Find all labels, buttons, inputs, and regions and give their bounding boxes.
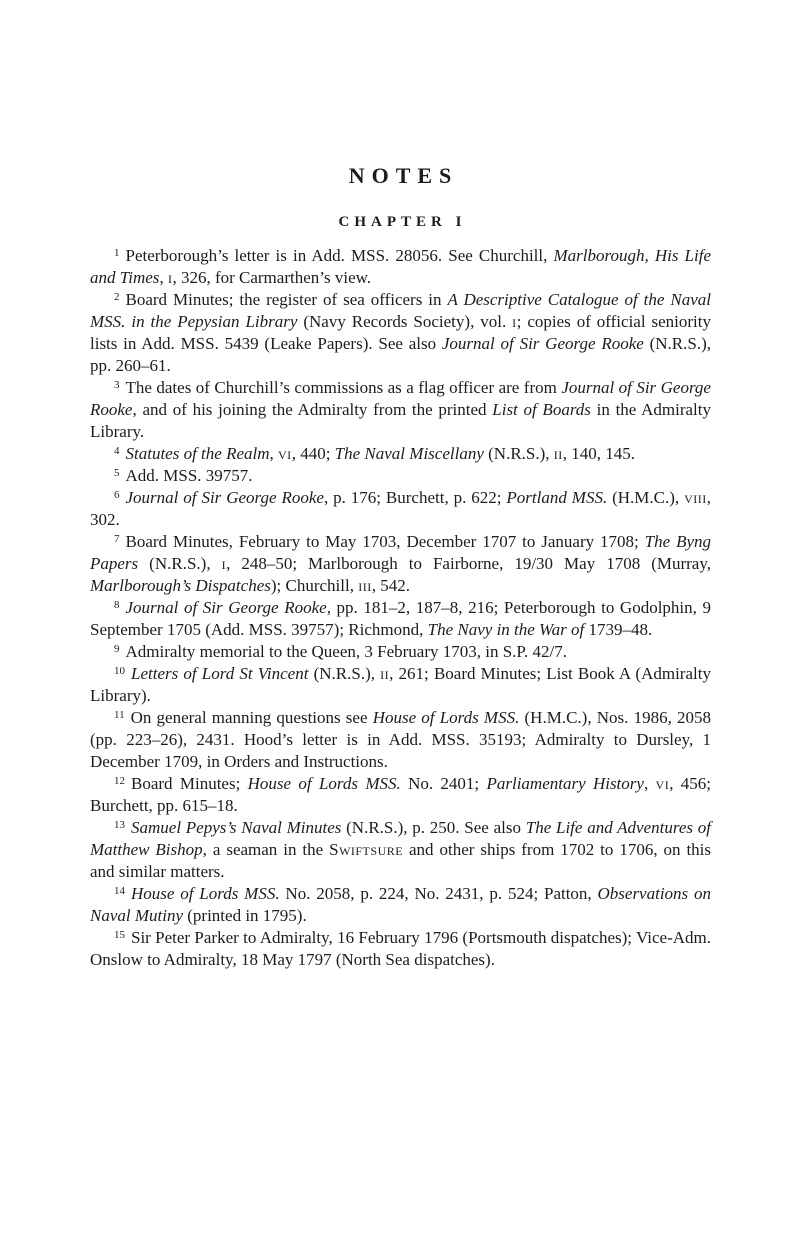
note-number: 3 bbox=[114, 379, 120, 391]
note-text-run: 1739–48. bbox=[584, 620, 652, 639]
note-number: 4 bbox=[114, 445, 120, 457]
note-text-run: viii bbox=[684, 488, 707, 507]
note-text-run: House of Lords MSS. bbox=[131, 884, 280, 903]
note-text-run: , 542. bbox=[372, 576, 410, 595]
note: 9Admiralty memorial to the Queen, 3 Febr… bbox=[90, 641, 711, 663]
note-text-run: Board Minutes; the register of sea offic… bbox=[126, 290, 448, 309]
note-number: 2 bbox=[114, 291, 120, 303]
note: 3The dates of Churchill’s commissions as… bbox=[90, 377, 711, 443]
note: 7Board Minutes, February to May 1703, De… bbox=[90, 531, 711, 597]
note-text-run: On general manning questions see bbox=[131, 708, 373, 727]
note-number: 14 bbox=[114, 885, 125, 897]
note: 11On general manning questions see House… bbox=[90, 707, 711, 773]
note-number: 13 bbox=[114, 819, 125, 831]
note-text-run: (Navy Records Society), vol. bbox=[297, 312, 512, 331]
note-number: 1 bbox=[114, 247, 120, 259]
note-text-run: , a seaman in the bbox=[203, 840, 329, 859]
note-text-run: , bbox=[159, 268, 168, 287]
note: 2Board Minutes; the register of sea offi… bbox=[90, 289, 711, 377]
note-number: 15 bbox=[114, 929, 125, 941]
note-text-run: (N.R.S.), bbox=[484, 444, 554, 463]
note-text-run: Sir Peter Parker to Admiralty, 16 Februa… bbox=[90, 928, 711, 969]
page-title: NOTES bbox=[0, 163, 800, 189]
note-text-run: , 440; bbox=[292, 444, 335, 463]
note-text-run: , p. 176; Burchett, p. 622; bbox=[324, 488, 506, 507]
note-text-run: , 248–50; Marlborough to Fairborne, 19/3… bbox=[226, 554, 711, 573]
note-text-run: Journal of Sir George Rooke bbox=[442, 334, 644, 353]
note-text-run: The Naval Miscellany bbox=[335, 444, 484, 463]
note: 6Journal of Sir George Rooke, p. 176; Bu… bbox=[90, 487, 711, 531]
note-text-run: List of Boards bbox=[492, 400, 591, 419]
note: 4Statutes of the Realm, vi, 440; The Nav… bbox=[90, 443, 711, 465]
note-text-run: Letters of Lord St Vincent bbox=[131, 664, 308, 683]
note-number: 9 bbox=[114, 643, 120, 655]
note-text-run: vi bbox=[278, 444, 292, 463]
note: 5Add. MSS. 39757. bbox=[90, 465, 711, 487]
note-text-run: Add. MSS. 39757. bbox=[126, 466, 253, 485]
note-text-run: Board Minutes; bbox=[131, 774, 248, 793]
note-text-run: Swiftsure bbox=[329, 840, 403, 859]
note-text-run: , bbox=[644, 774, 656, 793]
note-number: 8 bbox=[114, 599, 120, 611]
note-text-run: vi bbox=[656, 774, 670, 793]
note-number: 5 bbox=[114, 467, 120, 479]
note-text-run: Admiralty memorial to the Queen, 3 Febru… bbox=[126, 642, 567, 661]
note: 12Board Minutes; House of Lords MSS. No.… bbox=[90, 773, 711, 817]
note-number: 11 bbox=[114, 709, 125, 721]
note-text-run: No. 2401; bbox=[401, 774, 487, 793]
note-number: 7 bbox=[114, 533, 120, 545]
note: 8Journal of Sir George Rooke, pp. 181–2,… bbox=[90, 597, 711, 641]
note-text-run: , bbox=[270, 444, 279, 463]
note-text-run: Peterborough’s letter is in Add. MSS. 28… bbox=[126, 246, 554, 265]
note-text-run: Board Minutes, February to May 1703, Dec… bbox=[126, 532, 645, 551]
note: 13Samuel Pepys’s Naval Minutes (N.R.S.),… bbox=[90, 817, 711, 883]
notes-list: 1Peterborough’s letter is in Add. MSS. 2… bbox=[90, 245, 711, 971]
note-text-run: ii bbox=[380, 664, 389, 683]
note: 14House of Lords MSS. No. 2058, p. 224, … bbox=[90, 883, 711, 927]
note: 1Peterborough’s letter is in Add. MSS. 2… bbox=[90, 245, 711, 289]
note-text-run: House of Lords MSS. bbox=[248, 774, 401, 793]
note-text-run: Marlborough’s Dispatches bbox=[90, 576, 271, 595]
note-number: 12 bbox=[114, 775, 125, 787]
note-text-run: House of Lords MSS. bbox=[373, 708, 520, 727]
note-text-run: Parliamentary History bbox=[486, 774, 643, 793]
book-page: NOTES CHAPTER I 1Peterborough’s letter i… bbox=[0, 0, 800, 1237]
note-text-run: No. 2058, p. 224, No. 2431, p. 524; Patt… bbox=[280, 884, 598, 903]
note-text-run: (H.M.C.), bbox=[607, 488, 684, 507]
note-text-run: (printed in 1795). bbox=[183, 906, 307, 925]
note: 10Letters of Lord St Vincent (N.R.S.), i… bbox=[90, 663, 711, 707]
note-text-run: (N.R.S.), bbox=[308, 664, 380, 683]
note-text-run: Samuel Pepys’s Naval Minutes bbox=[131, 818, 341, 837]
note-text-run: Portland MSS. bbox=[506, 488, 607, 507]
note-text-run: The dates of Churchill’s commissions as … bbox=[126, 378, 562, 397]
note-text-run: The Navy in the War of bbox=[428, 620, 585, 639]
note-text-run: Journal of Sir George Rooke bbox=[126, 598, 327, 617]
note-text-run: Journal of Sir George Rooke bbox=[126, 488, 324, 507]
note-text-run: (N.R.S.), bbox=[138, 554, 221, 573]
note: 15Sir Peter Parker to Admiralty, 16 Febr… bbox=[90, 927, 711, 971]
note-text-run: (N.R.S.), p. 250. See also bbox=[341, 818, 525, 837]
note-text-run: , and of his joining the Admiralty from … bbox=[132, 400, 492, 419]
note-text-run: , 326, for Carmarthen’s view. bbox=[172, 268, 371, 287]
note-number: 6 bbox=[114, 489, 120, 501]
note-text-run: ii bbox=[554, 444, 563, 463]
note-text-run: Statutes of the Realm bbox=[126, 444, 270, 463]
note-number: 10 bbox=[114, 665, 125, 677]
chapter-heading: CHAPTER I bbox=[0, 214, 800, 231]
note-text-run: , 140, 145. bbox=[563, 444, 635, 463]
note-text-run: ); Churchill, bbox=[271, 576, 358, 595]
note-text-run: iii bbox=[358, 576, 372, 595]
